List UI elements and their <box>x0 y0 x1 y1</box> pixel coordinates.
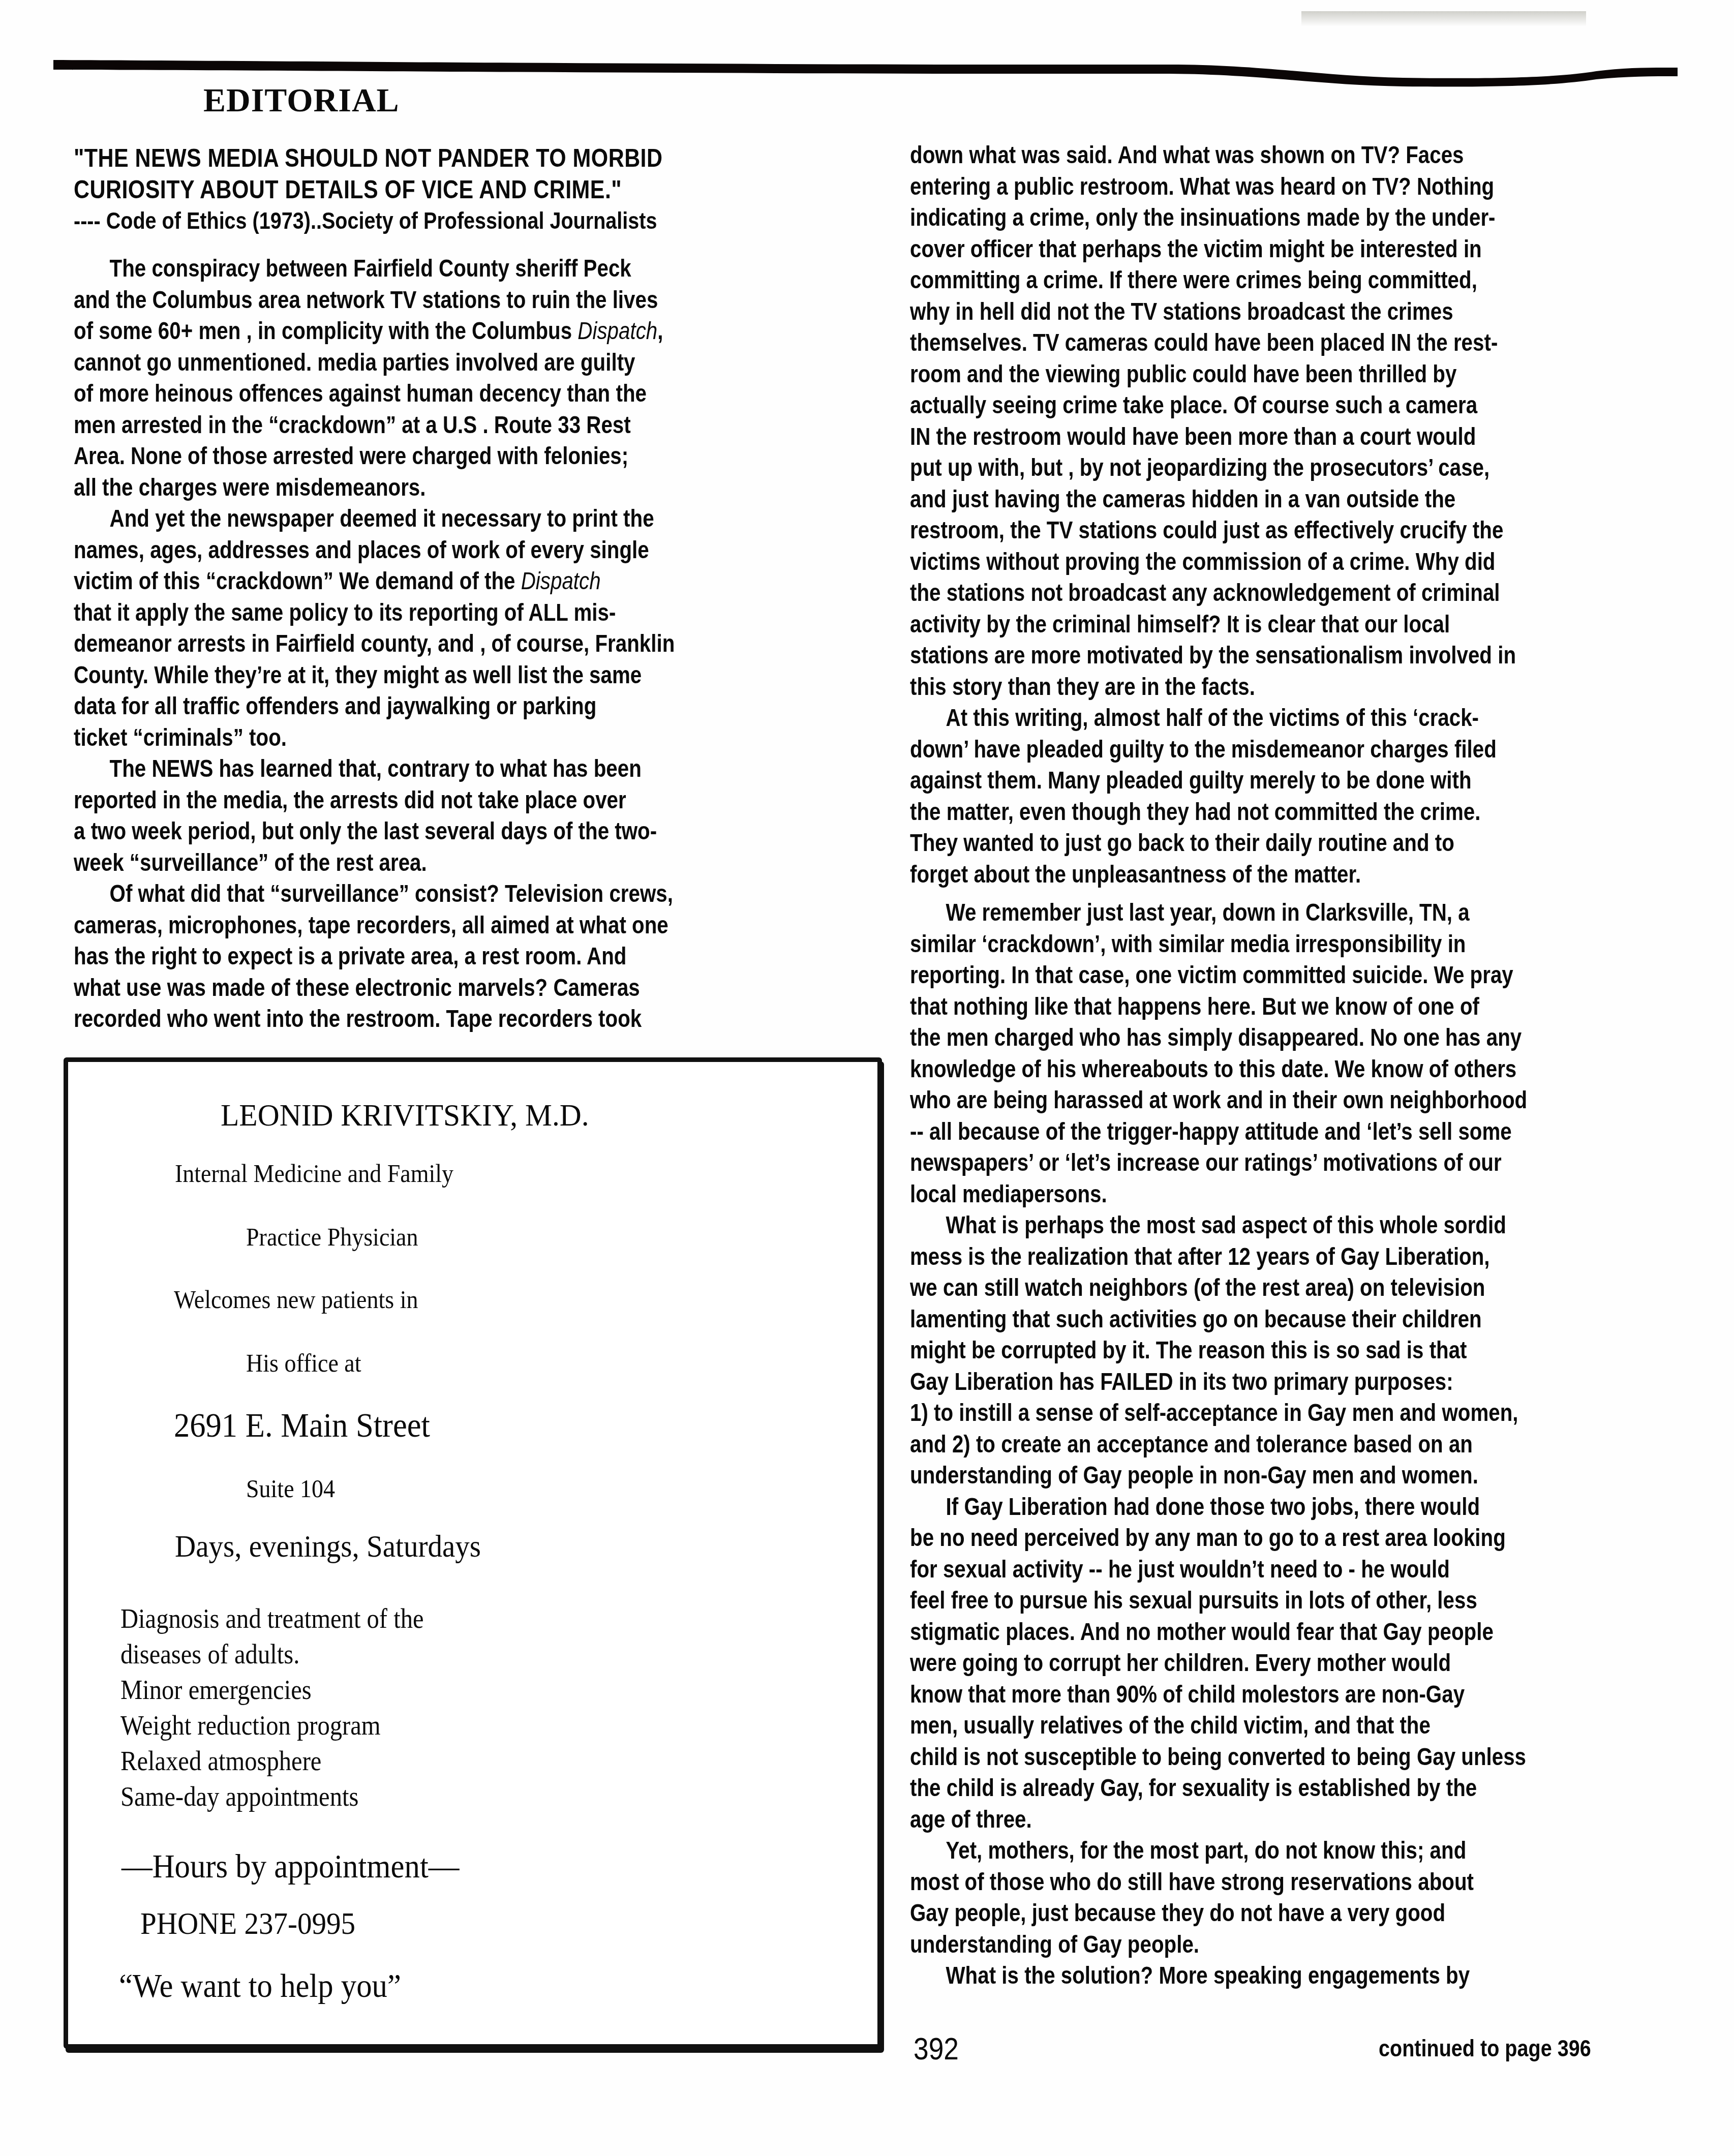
newspaper-page: EDITORIAL "THE NEWS MEDIA SHOULD NOT PAN… <box>0 0 1734 2156</box>
body-text-line: knowledge of his whereabouts to this dat… <box>910 1054 1576 1085</box>
editorial-body-left: The conspiracy between Fairfield County … <box>74 253 877 1035</box>
continued-note: continued to page 396 <box>1379 2034 1591 2062</box>
quote-attribution: ---- Code of Ethics (1973)..Society of P… <box>74 205 765 236</box>
body-text-line: of more heinous offences against human d… <box>74 378 748 410</box>
ad-services-list: Diagnosis and treatment of the diseases … <box>120 1601 424 1814</box>
body-text-line: down what was said. And what was shown o… <box>910 140 1576 171</box>
body-text-line: age of three. <box>910 1804 1576 1836</box>
editorial-heading: EDITORIAL <box>203 81 877 122</box>
body-text-line: that it apply the same policy to its rep… <box>74 597 748 629</box>
body-text-segment: victim of this “crackdown” We demand of … <box>74 568 521 595</box>
body-text-line: victims without proving the commission o… <box>910 546 1576 578</box>
body-text-segment: of some 60+ men , in complicity with the… <box>74 318 577 345</box>
pull-quote: "THE NEWS MEDIA SHOULD NOT PANDER TO MOR… <box>74 142 877 205</box>
body-text-line: understanding of Gay people. <box>910 1929 1576 1961</box>
body-text-line: the stations not broadcast any acknowled… <box>910 578 1576 609</box>
body-text-line: similar ‘crackdown’, with similar media … <box>910 929 1576 960</box>
body-text-line: the men charged who has simply disappear… <box>910 1022 1576 1054</box>
body-text-line: stigmatic places. And no mother would fe… <box>910 1617 1576 1648</box>
ad-hours: —Hours by appointment— <box>121 1847 459 1886</box>
body-text-line: Yet, mothers, for the most part, do not … <box>910 1835 1576 1867</box>
body-text-line: recorded who went into the restroom. Tap… <box>74 1004 748 1035</box>
body-text-line: mess is the realization that after 12 ye… <box>910 1241 1576 1273</box>
body-text-line: what use was made of these electronic ma… <box>74 973 748 1004</box>
body-text-line: be no need perceived by any man to go to… <box>910 1523 1576 1554</box>
body-text-line: indicating a crime, only the insinuation… <box>910 202 1576 234</box>
body-text-line: What is the solution? More speaking enga… <box>910 1960 1576 1992</box>
ad-specialty-line: Practice Physician <box>246 1222 418 1252</box>
body-text-line: room and the viewing public could have b… <box>910 359 1576 390</box>
body-text-line: IN the restroom would have been more tha… <box>910 421 1576 453</box>
ad-phone: PHONE 237-0995 <box>140 1906 355 1942</box>
body-text-line: data for all traffic offenders and jaywa… <box>74 691 748 722</box>
ad-service-item: Weight reduction program <box>120 1708 424 1743</box>
ad-service-item: Relaxed atmosphere <box>120 1743 424 1779</box>
body-text-line: the child is already Gay, for sexuality … <box>910 1773 1576 1804</box>
body-text-line: men, usually relatives of the child vict… <box>910 1710 1576 1742</box>
body-text-line: might be corrupted by it. The reason thi… <box>910 1335 1576 1367</box>
body-text-line: 1) to instill a sense of self-acceptance… <box>910 1398 1576 1429</box>
ad-physician-name: LEONID KRIVITSKIY, M.D. <box>221 1098 589 1134</box>
body-text-line: who are being harassed at work and in th… <box>910 1085 1576 1116</box>
left-column: EDITORIAL "THE NEWS MEDIA SHOULD NOT PAN… <box>74 81 877 1035</box>
body-text-line: demeanor arrests in Fairfield county, an… <box>74 628 748 660</box>
body-text-line: actually seeing crime take place. Of cou… <box>910 390 1576 421</box>
right-column: down what was said. And what was shown o… <box>910 140 1703 1992</box>
ad-service-item: Minor emergencies <box>120 1672 424 1708</box>
body-text-line: put up with, but , by not jeopardizing t… <box>910 452 1576 484</box>
body-text-line: of some 60+ men , in complicity with the… <box>74 316 748 347</box>
body-text-line: entering a public restroom. What was hea… <box>910 171 1576 203</box>
body-text-line: What is perhaps the most sad aspect of t… <box>910 1210 1576 1241</box>
body-text-line: all the charges were misdemeanors. <box>74 472 748 504</box>
body-text-line: The conspiracy between Fairfield County … <box>74 253 748 285</box>
body-text-line: activity by the criminal himself? It is … <box>910 609 1576 641</box>
ad-service-item: diseases of adults. <box>120 1636 424 1672</box>
paragraph-gap <box>910 890 1703 897</box>
body-text-line: committing a crime. If there were crimes… <box>910 265 1576 296</box>
body-text-line: child is not susceptible to being conver… <box>910 1742 1576 1773</box>
body-text-line: this story than they are in the facts. <box>910 672 1576 703</box>
body-text-line: They wanted to just go back to their dai… <box>910 828 1576 859</box>
body-text-line: and just having the cameras hidden in a … <box>910 484 1576 515</box>
body-text-line: why in hell did not the TV stations broa… <box>910 296 1576 328</box>
body-text-line: we can still watch neighbors (of the res… <box>910 1272 1576 1304</box>
physician-advertisement: LEONID KRIVITSKIY, M.D. Internal Medicin… <box>64 1057 882 2049</box>
body-text-line: cannot go unmentioned. media parties inv… <box>74 347 748 379</box>
body-text-line: The NEWS has learned that, contrary to w… <box>74 753 748 785</box>
body-text-line: for sexual activity -- he just wouldn’t … <box>910 1554 1576 1586</box>
body-text-line: At this writing, almost half of the vict… <box>910 703 1576 734</box>
body-text-line: local mediapersons. <box>910 1179 1576 1210</box>
body-text-line: Gay Liberation has FAILED in its two pri… <box>910 1367 1576 1398</box>
body-text-line: Area. None of those arrested were charge… <box>74 441 748 472</box>
body-text-line: the matter, even though they had not com… <box>910 797 1576 828</box>
body-text-line: were going to corrupt her children. Ever… <box>910 1648 1576 1679</box>
body-text-line: themselves. TV cameras could have been p… <box>910 327 1576 359</box>
body-text-line: and 2) to create an acceptance and toler… <box>910 1429 1576 1461</box>
ad-suite: Suite 104 <box>246 1474 335 1503</box>
editorial-body-right: down what was said. And what was shown o… <box>910 140 1703 1992</box>
body-text-line: And yet the newspaper deemed it necessar… <box>74 503 748 535</box>
body-text-line: reporting. In that case, one victim comm… <box>910 960 1576 991</box>
body-text-line: down’ have pleaded guilty to the misdeme… <box>910 734 1576 766</box>
body-text-line: stations are more motivated by the sensa… <box>910 640 1576 672</box>
body-text-line: that nothing like that happens here. But… <box>910 991 1576 1023</box>
ad-slogan: “We want to help you” <box>119 1967 401 2006</box>
body-text-line: has the right to expect is a private are… <box>74 941 748 973</box>
ad-address: 2691 E. Main Street <box>174 1405 430 1445</box>
body-text-line: Gay people, just because they do not hav… <box>910 1898 1576 1929</box>
pull-quote-line: CURIOSITY ABOUT DETAILS OF VICE AND CRIM… <box>74 174 765 205</box>
body-text-line: understanding of Gay people in non-Gay m… <box>910 1460 1576 1492</box>
body-text-line: If Gay Liberation had done those two job… <box>910 1492 1576 1523</box>
body-text-line: -- all because of the trigger-happy atti… <box>910 1116 1576 1148</box>
pull-quote-line: "THE NEWS MEDIA SHOULD NOT PANDER TO MOR… <box>74 142 765 174</box>
body-text-line: know that more than 90% of child molesto… <box>910 1679 1576 1711</box>
publication-name: Dispatch <box>577 318 657 345</box>
body-text-line: most of those who do still have strong r… <box>910 1867 1576 1898</box>
body-text-line: victim of this “crackdown” We demand of … <box>74 566 748 597</box>
body-text-line: lamenting that such activities go on bec… <box>910 1304 1576 1335</box>
ad-service-item: Diagnosis and treatment of the <box>120 1601 424 1636</box>
body-text-line: forget about the unpleasantness of the m… <box>910 859 1576 891</box>
ad-availability: Days, evenings, Saturdays <box>175 1529 481 1565</box>
body-text-segment: , <box>657 318 663 345</box>
body-text-line: County. While they’re at it, they might … <box>74 660 748 691</box>
body-text-line: cover officer that perhaps the victim mi… <box>910 234 1576 265</box>
body-text-line: against them. Many pleaded guilty merely… <box>910 765 1576 797</box>
body-text-line: names, ages, addresses and places of wor… <box>74 535 748 566</box>
body-text-line: a two week period, but only the last sev… <box>74 816 748 847</box>
publication-name: Dispatch <box>521 568 601 595</box>
body-text-line: ticket “criminals” too. <box>74 722 748 754</box>
body-text-line: week “surveillance” of the rest area. <box>74 847 748 879</box>
page-number: 392 <box>914 2031 959 2067</box>
ad-welcome-text: Welcomes new patients in <box>174 1285 418 1314</box>
body-text-line: We remember just last year, down in Clar… <box>910 897 1576 929</box>
body-text-line: cameras, microphones, tape recorders, al… <box>74 910 748 942</box>
body-text-line: newspapers’ or ‘let’s increase our ratin… <box>910 1147 1576 1179</box>
body-text-line: restroom, the TV stations could just as … <box>910 515 1576 546</box>
ad-service-item: Same-day appointments <box>120 1779 424 1814</box>
body-text-line: feel free to pursue his sexual pursuits … <box>910 1585 1576 1617</box>
body-text-line: reported in the media, the arrests did n… <box>74 785 748 816</box>
body-text-line: and the Columbus area network TV station… <box>74 285 748 316</box>
ad-specialty-line: Internal Medicine and Family <box>175 1159 453 1188</box>
body-text-line: Of what did that “surveillance” consist?… <box>74 878 748 910</box>
ad-office-label: His office at <box>246 1348 361 1378</box>
body-text-line: men arrested in the “crackdown” at a U.S… <box>74 410 748 441</box>
